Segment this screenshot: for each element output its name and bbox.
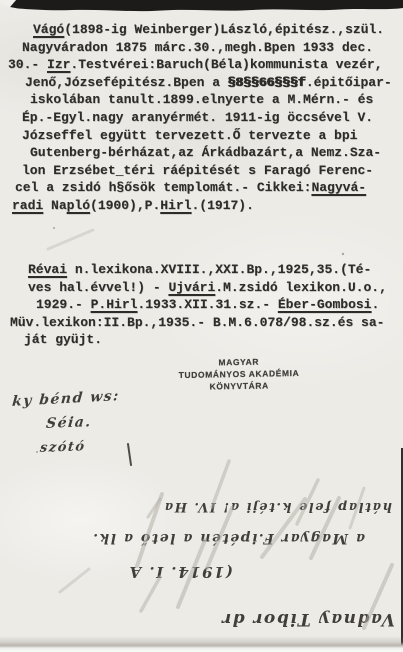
typed-line: ját gyüjt. [0, 331, 403, 349]
underlined-text: Vágó [33, 22, 64, 37]
underlined-text: Ti [289, 609, 311, 629]
text-segment: (1900),P. [90, 198, 160, 213]
underlined-text: Nagyvá- [311, 180, 366, 195]
handwriting-line-rotated: Vadnay Tibor dr [145, 597, 395, 629]
typed-line: radi Napló(1900),P.Hirl.(1917). [0, 197, 403, 215]
torn-top-edge [0, 0, 403, 16]
typed-paragraph-biography: Vágó(1898-ig Weinberger)László,épitész.,… [0, 21, 403, 215]
text-segment: .(1917). [191, 198, 253, 213]
text-segment: cel a zsidó h§ősök templomát.- Cikkei: [15, 180, 311, 195]
handwriting-line: Séia. [45, 414, 92, 432]
text-segment: Ép.-Egyl.nagy aranyérmét. 1911-ig öccsév… [22, 110, 373, 125]
text-segment: Nagyváradon 1875 márc.30.,megh.Bpen 1933… [22, 40, 373, 55]
typed-line: 30.- Izr.Testvérei:Baruch(Béla)kommunist… [0, 56, 403, 74]
text-segment: hátlap fele k.téji a! IV. Ha [163, 499, 392, 514]
text-segment: ves hal.évvel!) - [28, 280, 168, 295]
text-segment: Jenő,Józsefépitész.Bpen a [25, 75, 228, 90]
text-segment: Gutenberg-bérházat,az Árkádbazárt,a Nemz… [30, 145, 381, 160]
typed-line: Józseffel együtt tervezett.Ő tervezte a … [0, 127, 403, 145]
text-segment: a Magyar F.ipétén a lető a lk. [92, 530, 365, 546]
handwriting-line: ky bénd ws: [11, 388, 120, 410]
underlined-text: radi [12, 198, 43, 213]
dust-speck [342, 253, 344, 255]
text-segment: .1933.XII.31.sz.- [137, 297, 277, 312]
text-segment: n.lexikona.XVIII.,XXI.Bp.,1925,35.(Té- [67, 262, 371, 277]
typed-paragraph-sources: Révai n.lexikona.XVIII.,XXI.Bp.,1925,35.… [0, 261, 403, 349]
text-segment: Müv.lexikon:II.Bp.,1935.- B.M.6.078/98.s… [10, 315, 384, 330]
pencil-stroke [48, 230, 93, 249]
typed-line: Révai n.lexikona.XVIII.,XXI.Bp.,1925,35.… [0, 261, 403, 279]
typed-line: Gutenberg-bérházat,az Árkádbazárt,a Nemz… [0, 144, 403, 162]
dust-speck [36, 451, 38, 453]
text-segment: Vadnay [311, 609, 395, 629]
dust-speck [53, 227, 55, 229]
typed-line: Müv.lexikon:II.Bp.,1935.- B.M.6.078/98.s… [0, 314, 403, 332]
typed-line: lon Erzsébet_téri ráépitését s Faragó Fe… [0, 162, 403, 180]
text-segment: 30.- [8, 57, 47, 72]
text-segment: iskolában tanult.1899.elnyerte a M.Mérn.… [30, 92, 373, 107]
text-segment: lon Erzsébet_téri ráépitését s Faragó Fe… [22, 163, 373, 178]
handwriting-line-rotated: hátlap fele k.téji a! IV. Ha [130, 488, 392, 514]
handwriting-line: szótó [39, 439, 86, 456]
text-segment: ját gyüjt. [24, 332, 102, 347]
typed-line: Vágó(1898-ig Weinberger)László,épitész.,… [0, 21, 403, 39]
card-edge-bottom [0, 636, 403, 652]
typed-line: ves hal.évvel!) - Ujvári.M.zsidó lexikon… [0, 279, 403, 297]
scanned-card: Vágó(1898-ig Weinberger)László,épitész.,… [0, 0, 403, 652]
text-segment: §8§§66§§§f [228, 75, 306, 90]
typed-line: iskolában tanult.1899.elnyerte a M.Mérn.… [0, 91, 403, 109]
underlined-text: P.Hirl [91, 297, 138, 312]
text-segment: Na [43, 198, 66, 213]
text-segment: bor dr [221, 609, 289, 629]
text-segment: .M.zsidó lexikon.U.o., [215, 280, 387, 295]
text-segment: (1898-ig Weinberger)László,épitész.,szül… [64, 22, 384, 37]
typed-line: Nagyváradon 1875 márc.30.,megh.Bpen 1933… [0, 39, 403, 57]
text-segment: 1929.- [36, 297, 91, 312]
underlined-text: Hirl [160, 198, 191, 213]
text-segment: .épitőipar- [306, 75, 392, 90]
underlined-text: Ujvári [168, 280, 215, 295]
text-segment: (1914. I. A [128, 563, 233, 581]
typed-line: 1929.- P.Hirl.1933.XII.31.sz.- Éber-Gomb… [0, 296, 403, 314]
text-segment: .Testvérei:Baruch(Béla)kommunista vezér, [70, 57, 382, 72]
library-stamp: MAGYARTUDOMÁNYOS AKADÉMIAKÖNYVTÁRA [168, 355, 311, 393]
underlined-text: Izr [47, 57, 70, 72]
ink-stroke [128, 444, 131, 465]
underlined-text: Révai [28, 262, 67, 277]
typed-line: cel a zsidó h§ősök templomát.- Cikkei:Na… [0, 179, 403, 197]
typed-line: Jenő,Józsefépitész.Bpen a §8§§66§§§f.épi… [0, 74, 403, 92]
text-segment: . [371, 297, 379, 312]
handwriting-line-rotated: (1914. I. A [8, 553, 233, 581]
stamp-line: KÖNYVTÁRA [168, 379, 310, 393]
handwriting-line-rotated: a Magyar F.ipétén a lető a lk. [15, 518, 365, 546]
typed-line: Ép.-Egyl.nagy aranyérmét. 1911-ig öccsév… [0, 109, 403, 127]
underlined-text: pló [67, 198, 90, 213]
text-segment: Józseffel együtt tervezett.Ő tervezte a … [22, 128, 357, 143]
underlined-text: Éber-Gombosi [278, 297, 372, 312]
